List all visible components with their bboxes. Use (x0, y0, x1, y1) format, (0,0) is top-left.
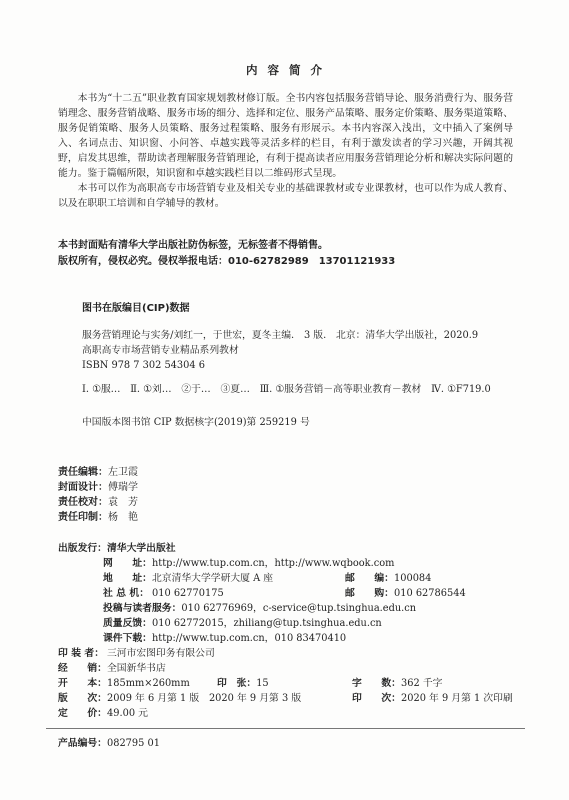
format-label: 开 本： (58, 676, 107, 691)
credit-label: 责任校对： (58, 495, 108, 510)
address-value: 北京清华大学学研大厦 A 座 (152, 573, 273, 584)
cip-isbn-line: ISBN 978 7 302 54304 6 (82, 358, 513, 373)
credit-label: 封面设计： (58, 480, 108, 495)
distributor-value: 全国新华书店 (107, 663, 166, 674)
anti-piracy-line: 本书封面贴有清华大学出版社防伪标签，无标签者不得销售。 (58, 238, 513, 254)
impression-value: 2020 年 9 月第 1 次印刷 (401, 693, 513, 704)
website-label: 网 址： (103, 556, 152, 571)
cip-header: 图书在版编目(CIP)数据 (82, 299, 513, 314)
edition-value: 2009 年 6 月第 1 版 2020 年 9 月第 3 版 (107, 693, 301, 704)
credit-value: 左卫霞 (108, 467, 138, 478)
cip-data-section: 图书在版编目(CIP)数据 服务营销理论与实务/刘红一，于世宏，夏冬主编. 3 … (58, 299, 513, 430)
distributor-row: 经 销：全国新华书店 (58, 661, 513, 676)
quality-feedback-row: 质量反馈：010 62772015，zhiliang@tup.tsinghua.… (58, 616, 513, 631)
price-label: 定 价： (58, 706, 107, 721)
quality-feedback-value: 010 62772015，zhiliang@tup.tsinghua.edu.c… (152, 618, 382, 629)
mail-order-value: 010 62786544 (394, 588, 466, 599)
credit-value: 杨 艳 (108, 512, 138, 523)
product-number-label: 产品编号： (58, 736, 107, 751)
distributor-label: 经 销： (58, 661, 107, 676)
format-value: 185mm×260mm (107, 678, 190, 689)
switchboard-value: 010 62770175 (152, 588, 224, 599)
postcode-value: 100084 (394, 573, 431, 584)
impression-label: 印 次： (352, 691, 401, 706)
copyright-warning-line: 版权所有，侵权必究。侵权举报电话：010-62782989 1370112193… (58, 254, 513, 270)
price-value: 49.00 元 (107, 708, 148, 719)
address-label: 地 址： (103, 571, 152, 586)
content-summary-section: 内 容 简 介 本书为“十二五”职业教育国家规划教材修订版。全书内容包括服务营销… (58, 62, 513, 211)
credit-value: 袁 芳 (108, 497, 138, 508)
postcode-label: 邮 编： (345, 571, 394, 586)
courseware-download-value: http://www.tup.com.cn，010 83470410 (152, 633, 346, 644)
publisher-section: 出版发行：清华大学出版社 网 址：http://www.tup.com.cn，h… (58, 541, 513, 646)
cip-title-line: 服务营销理论与实务/刘红一，于世宏，夏冬主编. 3 版. 北京：清华大学出版社，… (82, 328, 513, 343)
switchboard-label: 社 总 机： (103, 586, 152, 601)
mail-order-label: 邮 购： (345, 586, 394, 601)
courseware-download-label: 课件下载： (103, 631, 152, 646)
edition-row: 版 次：2009 年 6 月第 1 版 2020 年 9 月第 3 版印 次：2… (58, 691, 513, 706)
cip-series-line: 高职高专市场营销专业精品系列教材 (82, 343, 513, 358)
cip-record-number-line: 中国版本图书馆 CIP 数据核字(2019)第 259219 号 (82, 415, 513, 430)
summary-paragraph-2: 本书可以作为高职高专市场营销专业及相关专业的基础课教材或专业课教材，也可以作为成… (58, 181, 513, 211)
reader-service-value: 010 62776969，c-service@tup.tsinghua.edu.… (181, 603, 416, 614)
publisher-label: 出版发行： (58, 541, 107, 556)
printing-info-section: 印 装 者：三河市宏图印务有限公司 经 销：全国新华书店 开 本：185mm×2… (58, 646, 513, 721)
credit-row-proofreader: 责任校对：袁 芳 (58, 495, 513, 510)
publisher-row: 出版发行：清华大学出版社 (58, 541, 513, 556)
product-number-row: 产品编号：082795 01 (58, 736, 513, 751)
price-row: 定 价：49.00 元 (58, 706, 513, 721)
website-row: 网 址：http://www.tup.com.cn，http://www.wqb… (58, 556, 513, 571)
printer-value: 三河市宏图印务有限公司 (107, 648, 215, 659)
reader-service-label: 投稿与读者服务： (103, 601, 181, 616)
quality-feedback-label: 质量反馈： (103, 616, 152, 631)
book-copyright-page: 内 容 简 介 本书为“十二五”职业教育国家规划教材修订版。全书内容包括服务营销… (0, 0, 569, 800)
switchboard-row: 社 总 机：010 62770175邮 购：010 62786544 (58, 586, 513, 601)
website-value: http://www.tup.com.cn，http://www.wqbook.… (152, 558, 394, 569)
edition-label: 版 次： (58, 691, 107, 706)
summary-paragraph-1: 本书为“十二五”职业教育国家规划教材修订版。全书内容包括服务营销导论、服务消费行… (58, 91, 513, 181)
courseware-download-row: 课件下载：http://www.tup.com.cn，010 83470410 (58, 631, 513, 646)
publisher-name: 清华大学出版社 (107, 543, 176, 554)
staff-credits-section: 责任编辑：左卫霞 封面设计：傅瑞学 责任校对：袁 芳 责任印制：杨 艳 (58, 465, 513, 525)
credit-row-print-supervisor: 责任印制：杨 艳 (58, 510, 513, 525)
printer-label: 印 装 者： (58, 646, 107, 661)
word-count-label: 字 数： (352, 676, 401, 691)
format-row: 开 本：185mm×260mm印 张：15字 数：362 千字 (58, 676, 513, 691)
anti-piracy-notice: 本书封面贴有清华大学出版社防伪标签，无标签者不得销售。 版权所有，侵权必究。侵权… (58, 238, 513, 270)
divider-rule (46, 728, 525, 729)
reader-service-row: 投稿与读者服务：010 62776969，c-service@tup.tsing… (58, 601, 513, 616)
printer-row: 印 装 者：三河市宏图印务有限公司 (58, 646, 513, 661)
sheets-label: 印 张： (217, 678, 256, 689)
credit-row-cover-design: 封面设计：傅瑞学 (58, 480, 513, 495)
sheets-value: 15 (256, 678, 268, 689)
credit-row-editor: 责任编辑：左卫霞 (58, 465, 513, 480)
word-count-value: 362 千字 (401, 678, 442, 689)
credit-label: 责任印制： (58, 510, 108, 525)
credit-label: 责任编辑： (58, 465, 108, 480)
credit-value: 傅瑞学 (108, 482, 138, 493)
product-number-value: 082795 01 (107, 738, 160, 749)
cip-classification-line: Ⅰ. ①服… Ⅱ. ①刘… ②于… ③夏… Ⅲ. ①服务营销－高等职业教育－教材… (82, 382, 513, 397)
address-row: 地 址：北京清华大学学研大厦 A 座邮 编：100084 (58, 571, 513, 586)
summary-title: 内 容 简 介 (58, 62, 513, 78)
